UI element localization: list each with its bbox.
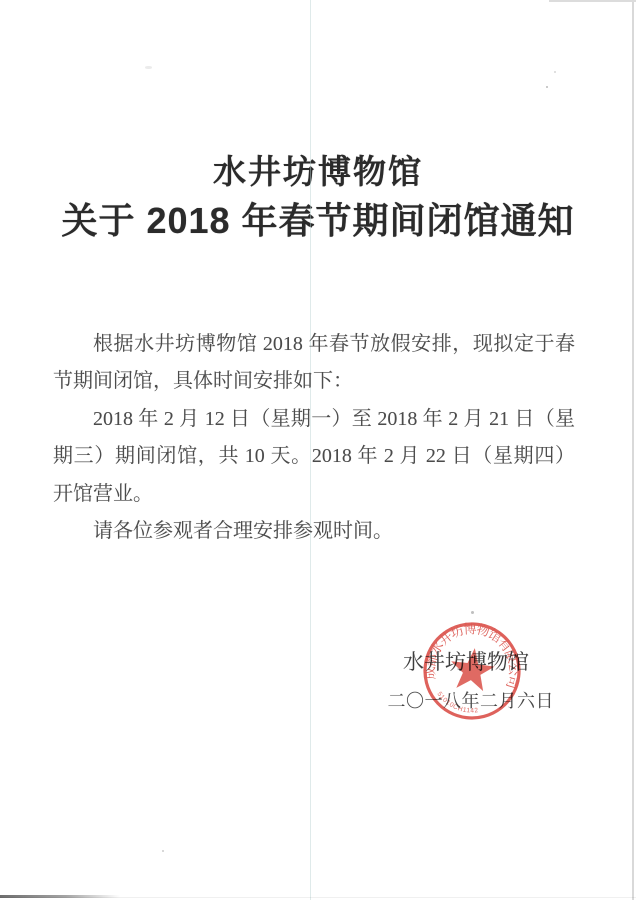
signature-date: 二〇一八年二月六日 [388,687,555,713]
scanned-notice-page: 水井坊博物馆 关于 2018 年春节期间闭馆通知 根据水井坊博物馆 2018 年… [0,0,636,900]
scan-bottom-edge-line [0,897,636,898]
notice-title-line1: 水井坊博物馆 [0,148,636,196]
scan-speck [162,850,164,852]
signature-organization: 水井坊博物馆 [403,646,529,676]
notice-title: 水井坊博物馆 关于 2018 年春节期间闭馆通知 [0,0,636,246]
paragraph-arrangement: 根据水井坊博物馆 2018 年春节放假安排，现拟定于春节期间闭馆，具体时间安排如… [53,326,575,401]
scan-speck [554,71,556,73]
notice-body: 根据水井坊博物馆 2018 年春节放假安排，现拟定于春节期间闭馆，具体时间安排如… [0,326,636,550]
paragraph-closure-dates: 2018 年 2 月 12 日（星期一）至 2018 年 2 月 21 日（星期… [53,401,575,513]
paragraph-visitor-reminder: 请各位参观者合理安排参观时间。 [53,513,575,550]
scan-speck [145,66,152,69]
scan-top-edge-smear [549,0,636,2]
scan-speck [546,86,548,88]
notice-title-line2: 关于 2018 年春节期间闭馆通知 [0,196,636,246]
